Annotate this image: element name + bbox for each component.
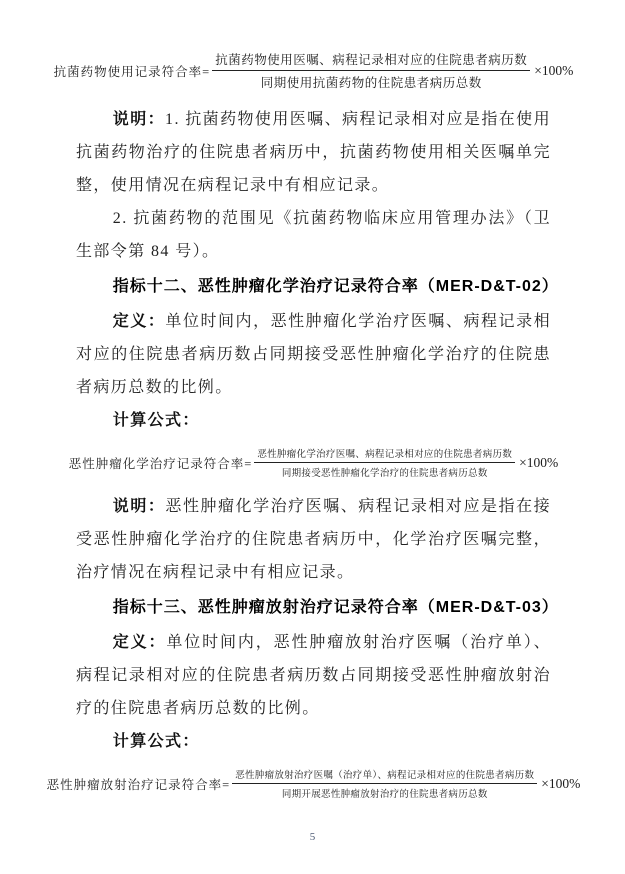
formula-fraction: 恶性肿瘤化学治疗医嘱、病程记录相对应的住院患者病历数 同期接受恶性肿瘤化学治疗的… [254, 446, 515, 479]
page-number: 5 [0, 831, 625, 843]
paragraph-shuoming-antibiotic: 说明：1. 抗菌药物使用医嘱、病程记录相对应是指在使用抗菌药物治疗的住院患者病历… [76, 103, 551, 202]
formula-numerator: 抗菌药物使用医嘱、病程记录相对应的住院患者病历数 [212, 50, 530, 71]
heading-indicator-12: 指标十二、恶性肿瘤化学治疗记录符合率（MER-D&T-02） [76, 270, 551, 303]
paragraph-dingyi-radiation: 定义：单位时间内，恶性肿瘤放射治疗医嘱（治疗单）、病程记录相对应的住院患者病历数… [76, 626, 551, 725]
document-page: 抗菌药物使用记录符合率= 抗菌药物使用医嘱、病程记录相对应的住院患者病历数 同期… [0, 0, 625, 874]
paragraph-label: 定义： [113, 313, 166, 330]
paragraph-antibiotic-scope: 2. 抗菌药物的范围见《抗菌药物临床应用管理办法》（卫生部令第 84 号）。 [76, 202, 551, 268]
paragraph-text: 2. 抗菌药物的范围见《抗菌药物临床应用管理办法》（卫生部令第 84 号）。 [76, 210, 551, 260]
formula-multiplier: ×100% [534, 63, 573, 79]
paragraph-formula-label-radiation: 计算公式： [76, 725, 551, 758]
formula-chemo-record-rate: 恶性肿瘤化学治疗记录符合率= 恶性肿瘤化学治疗医嘱、病程记录相对应的住院患者病历… [76, 446, 551, 479]
paragraph-label: 定义： [113, 634, 167, 651]
formula-radiation-record-rate: 恶性肿瘤放射治疗记录符合率= 恶性肿瘤放射治疗医嘱（治疗单）、病程记录相对应的住… [76, 767, 551, 800]
formula-multiplier: ×100% [519, 455, 558, 471]
paragraph-shuoming-chemo: 说明：恶性肿瘤化学治疗医嘱、病程记录相对应是指在接受恶性肿瘤化学治疗的住院患者病… [76, 490, 551, 589]
formula-numerator: 恶性肿瘤化学治疗医嘱、病程记录相对应的住院患者病历数 [254, 446, 515, 463]
formula-denominator: 同期使用抗菌药物的住院患者病历总数 [261, 71, 482, 91]
paragraph-formula-label-chemo: 计算公式： [76, 404, 551, 437]
paragraph-dingyi-chemo: 定义：单位时间内，恶性肿瘤化学治疗医嘱、病程记录相对应的住院患者病历数占同期接受… [76, 305, 551, 404]
formula-lhs: 恶性肿瘤放射治疗记录符合率= [47, 775, 231, 793]
formula-antibiotic-record-rate: 抗菌药物使用记录符合率= 抗菌药物使用医嘱、病程记录相对应的住院患者病历数 同期… [76, 50, 551, 91]
paragraph-label: 说明： [113, 111, 165, 128]
heading-indicator-13: 指标十三、恶性肿瘤放射治疗记录符合率（MER-D&T-03） [76, 591, 551, 624]
formula-denominator: 同期接受恶性肿瘤化学治疗的住院患者病历总数 [282, 463, 488, 479]
formula-lhs: 抗菌药物使用记录符合率= [54, 62, 211, 80]
formula-lhs: 恶性肿瘤化学治疗记录符合率= [69, 454, 253, 472]
paragraph-label: 计算公式： [113, 412, 200, 429]
formula-numerator: 恶性肿瘤放射治疗医嘱（治疗单）、病程记录相对应的住院患者病历数 [232, 767, 537, 784]
formula-fraction: 恶性肿瘤放射治疗医嘱（治疗单）、病程记录相对应的住院患者病历数 同期开展恶性肿瘤… [232, 767, 537, 800]
formula-fraction: 抗菌药物使用医嘱、病程记录相对应的住院患者病历数 同期使用抗菌药物的住院患者病历… [212, 50, 530, 91]
paragraph-label: 计算公式： [113, 733, 200, 750]
paragraph-label: 说明： [113, 498, 166, 515]
formula-denominator: 同期开展恶性肿瘤放射治疗的住院患者病历总数 [282, 784, 488, 800]
formula-multiplier: ×100% [541, 776, 580, 792]
